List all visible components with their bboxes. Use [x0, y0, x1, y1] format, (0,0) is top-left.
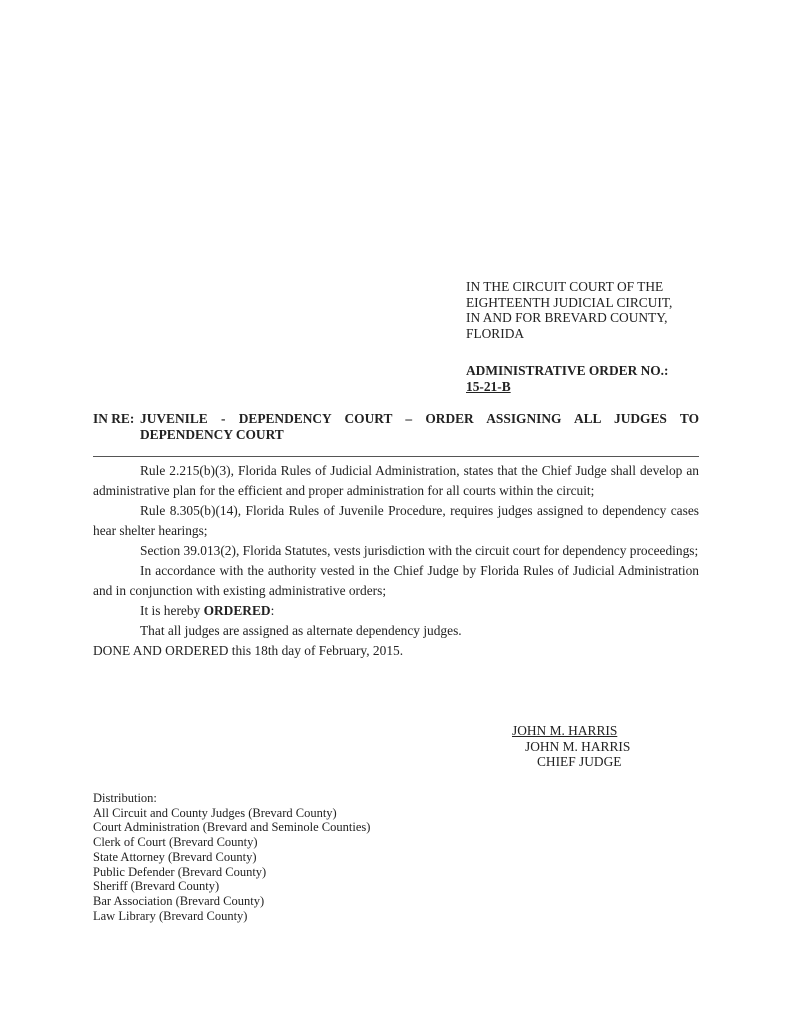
caption-line: FLORIDA: [466, 326, 672, 342]
ordered-prefix: It is hereby: [140, 603, 204, 618]
in-re-block: IN RE: JUVENILE - DEPENDENCY COURT – ORD…: [93, 411, 699, 443]
distribution-item: Public Defender (Brevard County): [93, 865, 370, 880]
signed-name: JOHN M. HARRIS: [512, 723, 630, 739]
divider-line: [93, 456, 699, 457]
distribution-heading: Distribution:: [93, 791, 370, 806]
caption-line: IN THE CIRCUIT COURT OF THE: [466, 279, 672, 295]
distribution-item: Clerk of Court (Brevard County): [93, 835, 370, 850]
document-page: IN THE CIRCUIT COURT OF THE EIGHTEENTH J…: [0, 0, 791, 1024]
distribution-item: Sheriff (Brevard County): [93, 879, 370, 894]
distribution-item: Court Administration (Brevard and Semino…: [93, 820, 370, 835]
distribution-item: All Circuit and County Judges (Brevard C…: [93, 806, 370, 821]
distribution-item: Law Library (Brevard County): [93, 909, 370, 924]
done-and-ordered: DONE AND ORDERED this 18th day of Februa…: [93, 641, 699, 661]
signature-block: JOHN M. HARRIS JOHN M. HARRIS CHIEF JUDG…: [512, 723, 630, 770]
ordered-line: It is hereby ORDERED:: [93, 601, 699, 621]
order-label: ADMINISTRATIVE ORDER NO.:: [466, 363, 669, 379]
order-number: 15-21-B: [466, 379, 511, 394]
distribution-item: State Attorney (Brevard County): [93, 850, 370, 865]
administrative-order-heading: ADMINISTRATIVE ORDER NO.: 15-21-B: [466, 363, 669, 394]
caption-line: IN AND FOR BREVARD COUNTY,: [466, 310, 672, 326]
caption-line: EIGHTEENTH JUDICIAL CIRCUIT,: [466, 295, 672, 311]
distribution-item: Bar Association (Brevard County): [93, 894, 370, 909]
recital-paragraph: In accordance with the authority vested …: [93, 561, 699, 601]
recital-paragraph: Rule 8.305(b)(14), Florida Rules of Juve…: [93, 501, 699, 541]
signer-title: CHIEF JUDGE: [512, 754, 630, 770]
court-caption: IN THE CIRCUIT COURT OF THE EIGHTEENTH J…: [466, 279, 672, 341]
ordered-suffix: :: [271, 603, 275, 618]
in-re-label: IN RE:: [93, 411, 134, 427]
in-re-subject: JUVENILE - DEPENDENCY COURT – ORDER ASSI…: [140, 411, 699, 443]
order-body: Rule 2.215(b)(3), Florida Rules of Judic…: [93, 461, 699, 661]
distribution-list: Distribution: All Circuit and County Jud…: [93, 791, 370, 923]
directive-paragraph: That all judges are assigned as alternat…: [93, 621, 699, 641]
printed-name: JOHN M. HARRIS: [512, 739, 630, 755]
recital-paragraph: Rule 2.215(b)(3), Florida Rules of Judic…: [93, 461, 699, 501]
ordered-keyword: ORDERED: [204, 603, 271, 618]
recital-paragraph: Section 39.013(2), Florida Statutes, ves…: [93, 541, 699, 561]
